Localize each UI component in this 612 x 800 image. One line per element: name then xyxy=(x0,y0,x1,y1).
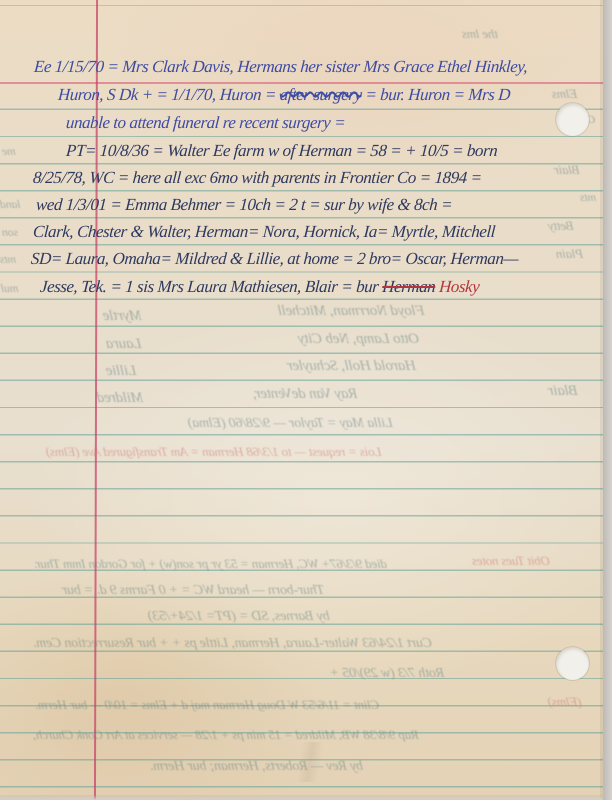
scanned-page: the lmsElmsObyBlairmtsBettyPlainmelandso… xyxy=(0,0,612,800)
ghost-showthrough-text: Clint = 11/6/53 W Doug Herman maj d + El… xyxy=(34,697,379,713)
ghost-showthrough-text: me xyxy=(1,144,16,159)
ghost-showthrough-text: Mildred xyxy=(96,390,144,407)
handwriting-line: Huron, S Dk + = 1/1/70, Huron = after su… xyxy=(57,85,510,105)
ghost-showthrough-text: Myrtle xyxy=(102,308,142,325)
ghost-showthrough-text: Floyd Norrman, Mitchell xyxy=(277,303,425,320)
ghost-showthrough-text: mts xyxy=(579,190,596,205)
handwriting-line: unable to attend funeral re recent surge… xyxy=(65,113,346,133)
ghost-showthrough-text: Curt 1/24/63 Walter-Laura, Herman, Littl… xyxy=(32,636,432,652)
ghost-showthrough-text: Roth 7/3 (w 29)/05 + xyxy=(329,666,444,682)
ruled-lines xyxy=(0,83,603,800)
ghost-showthrough-text: Lillie xyxy=(105,363,137,380)
ghost-showthrough-text: the lms xyxy=(461,26,498,42)
header-rule-line xyxy=(0,82,603,84)
handwriting-line: wed 1/3/01 = Emma Behmer = 10ch = 2 t = … xyxy=(35,195,452,215)
handwritten-text: 8/25/78, WC = here all exc 6mo with pare… xyxy=(32,168,482,187)
ghost-showthrough-text: Harold Holl, Schuyler xyxy=(286,358,416,375)
handwriting-line: PT= 10/8/36 = Walter Ee farm w of Herman… xyxy=(65,141,498,161)
handwritten-text: Clark, Chester & Walter, Herman= Nora, H… xyxy=(32,222,495,241)
handwriting-line: 8/25/78, WC = here all exc 6mo with pare… xyxy=(32,168,482,188)
ghost-showthrough-text: Plain xyxy=(555,246,583,262)
handwritten-text: SD= Laura, Omaha= Mildred & Lillie, at h… xyxy=(30,249,519,268)
hole-punch-top xyxy=(556,103,589,136)
handwritten-text: Huron, S Dk + = 1/1/70, Huron = xyxy=(57,85,280,104)
ghost-showthrough-text: Obit Tues notes xyxy=(471,553,550,569)
handwritten-text: = bur. Huron = Mrs D xyxy=(361,85,511,104)
ghost-showthrough-text: Blair xyxy=(547,383,578,400)
handwritten-text: unable to attend funeral re recent surge… xyxy=(65,113,346,132)
ghost-showthrough-text: Thur-born — heard WC = + 0 Farms 9 d. = … xyxy=(61,583,325,599)
ghost-showthrough-text: land xyxy=(0,197,21,212)
handwritten-text: Jesse, Tek. = 1 sis Mrs Laura Mathiesen,… xyxy=(39,277,383,296)
handwriting-line: SD= Laura, Omaha= Mildred & Lillie, at h… xyxy=(30,249,519,269)
handwriting-line: Clark, Chester & Walter, Herman= Nora, H… xyxy=(32,222,495,242)
handwritten-text: wed 1/3/01 = Emma Behmer = 10ch = 2 t = … xyxy=(35,195,452,214)
ghost-showthrough-text: (Elms) xyxy=(547,694,582,710)
scan-edge-bottom xyxy=(0,795,603,800)
ghost-showthrough-text: mul xyxy=(0,281,18,296)
ghost-showthrough-text: Laura xyxy=(105,336,142,353)
ghost-showthrough-text: Otto Lamp, Neb City xyxy=(297,331,419,348)
ghost-showthrough-text: son xyxy=(1,225,18,240)
ghost-showthrough-text: Blair xyxy=(553,162,580,178)
struck-text: after surgery xyxy=(279,85,362,104)
ghost-showthrough-text: Rap 9/8/38 WB, Mildred = 15 min ps + 1/2… xyxy=(32,727,419,743)
ghost-showthrough-text: died 9/3/67+ WC, Herman = 53 yr pr son(w… xyxy=(33,556,387,572)
handwriting-line: Jesse, Tek. = 1 sis Mrs Laura Mathiesen,… xyxy=(39,277,480,297)
ghost-showthrough-text: Elms xyxy=(551,86,577,102)
top-rule-line xyxy=(0,5,603,6)
ghost-showthrough-text: Ray Van deVenter, xyxy=(252,386,358,403)
hole-punch-bottom xyxy=(556,647,589,680)
ghost-showthrough-text: by Rev — Roberts, Herman; bur Herm. xyxy=(149,759,363,775)
handwritten-text: Ee 1/15/70 = Mrs Clark Davis, Hermans he… xyxy=(33,57,528,76)
handwriting-line: Ee 1/15/70 = Mrs Clark Davis, Hermans he… xyxy=(33,57,528,77)
ghost-showthrough-text: mts xyxy=(0,252,17,267)
ghost-showthrough-text: Betty xyxy=(547,218,574,234)
handwritten-text: Hosky xyxy=(435,277,480,296)
ghost-showthrough-text: Lilla May = Taylor — 9/28/60 (Elma) xyxy=(187,416,393,432)
scan-edge-right xyxy=(603,0,612,800)
ghost-showthrough-text: by Barnes, SD = (PT= 1/24+/53) xyxy=(147,609,330,625)
ghost-showthrough-text: Lois = request — to 1/3/68 Herman = Am T… xyxy=(45,444,382,460)
struck-text: Herman xyxy=(382,277,436,296)
handwritten-text: PT= 10/8/36 = Walter Ee farm w of Herman… xyxy=(65,141,498,160)
